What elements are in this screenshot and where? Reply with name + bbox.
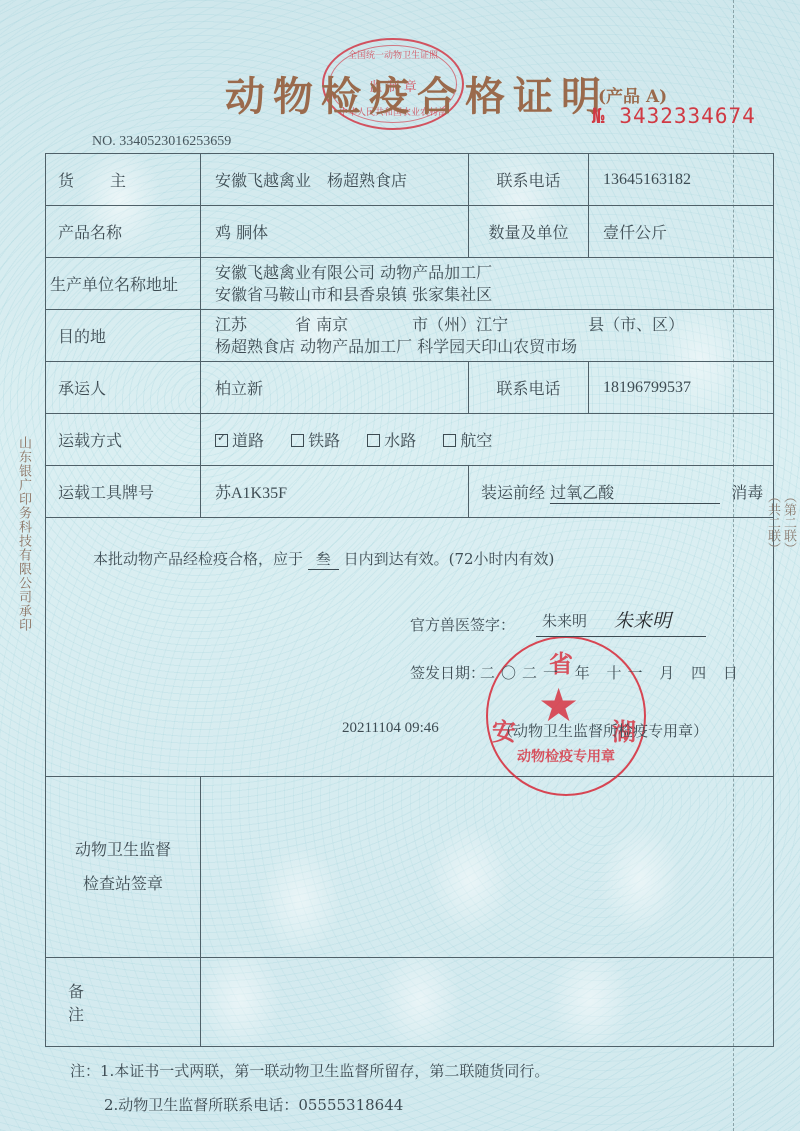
- station-signature-field: [201, 777, 774, 958]
- serial-number: № 3432334674: [592, 104, 756, 128]
- signature-line: [536, 636, 706, 637]
- footnote-2: 2.动物卫生监督所联系电话：05555318644: [70, 1088, 549, 1122]
- producer-address: 安徽省马鞍山市和县香泉镇 张家集社区: [215, 284, 773, 306]
- certificate-title: 动物检疫合格证明: [225, 65, 609, 122]
- owner-value: 安徽飞越禽业 杨超熟食店: [201, 154, 469, 206]
- issue-timestamp: 20211104 09:46: [342, 720, 439, 737]
- owner-label: 货主: [46, 154, 201, 206]
- transport-option-water[interactable]: 水路: [367, 428, 416, 451]
- footnote-1: 注：1.本证书一式两联，第一联动物卫生监督所留存，第二联随货同行。: [70, 1054, 549, 1088]
- copy-info: （第二联） （共二联）: [780, 490, 796, 577]
- checkbox-icon[interactable]: [291, 434, 304, 447]
- issue-date-label: 签发日期：: [410, 662, 485, 683]
- remarks-label: 备注: [46, 958, 201, 1047]
- product-value: 鸡 胴体: [201, 206, 469, 258]
- document-number: NO. 3340523016253659: [92, 134, 231, 150]
- seal-bottom-text: 动物检疫专用章: [488, 746, 644, 766]
- transport-option-label: 铁路: [308, 431, 340, 450]
- validity-days: 叁: [308, 548, 339, 570]
- transport-option-label: 水路: [384, 431, 416, 450]
- transport-option-rail[interactable]: 铁路: [291, 428, 340, 451]
- transport-mode-label: 运载方式: [46, 414, 201, 466]
- product-row: 产品名称 鸡 胴体 数量及单位 壹仟公斤: [46, 206, 774, 258]
- carrier-row: 承运人 柏立新 联系电话 18196799537: [46, 362, 774, 414]
- transport-option-label: 航空: [460, 431, 492, 450]
- copy-total: （共二联）: [764, 490, 780, 555]
- carrier-label: 承运人: [46, 362, 201, 414]
- transport-option-label: 道路: [232, 431, 264, 450]
- owner-phone: 13645163182: [589, 154, 774, 206]
- checkbox-icon[interactable]: [443, 434, 456, 447]
- producer-label: 生产单位名称地址: [46, 258, 201, 310]
- destination-row: 目的地 江苏 省 南京 市（州）江宁 县（市、区） 杨超熟食店 动物产品加工厂 …: [46, 310, 774, 362]
- checkbox-checked-icon[interactable]: [215, 434, 228, 447]
- disinfectant-field: 过氧乙酸: [550, 480, 720, 504]
- remarks-field: [201, 958, 774, 1047]
- carrier-value: 柏立新: [201, 362, 469, 414]
- destination-address: 杨超熟食店 动物产品加工厂 科学园天印山农贸市场: [215, 336, 773, 358]
- vehicle-label: 运载工具牌号: [46, 466, 201, 518]
- copy-number: （第二联）: [780, 490, 796, 555]
- quantity-value: 壹仟公斤: [589, 206, 774, 258]
- disinfection-prefix: 装运前经: [481, 483, 545, 502]
- footnotes: 注：1.本证书一式两联，第一联动物卫生监督所留存，第二联随货同行。 2.动物卫生…: [70, 1054, 549, 1122]
- vet-signature-label: 官方兽医签字：: [410, 614, 515, 635]
- statement-cell: 省 安 湖 ★ 动物检疫专用章 本批动物产品经检疫合格，应于 叁 日内到达有效。…: [46, 518, 774, 777]
- issue-date: 二〇二一 年 十一 月 四 日: [480, 662, 744, 683]
- carrier-phone: 18196799537: [589, 362, 774, 414]
- transport-option-air[interactable]: 航空: [443, 428, 492, 451]
- disinfection-suffix: 消毒: [731, 483, 763, 502]
- owner-phone-label: 联系电话: [469, 154, 589, 206]
- station-label-line2: 检查站签章: [46, 867, 200, 901]
- validity-statement: 本批动物产品经检疫合格，应于 叁 日内到达有效。(72小时内有效): [93, 548, 554, 570]
- serial-prefix: №: [592, 104, 606, 128]
- vet-handwritten-signature: 朱来明: [614, 606, 671, 633]
- transport-mode-row: 运载方式 道路 铁路 水路 航空: [46, 414, 774, 466]
- destination-region: 江苏 省 南京 市（州）江宁 县（市、区）: [215, 314, 773, 336]
- printer-imprint: 山东银广印务科技有限公司承印: [16, 436, 32, 632]
- serial-value: 3432334674: [619, 104, 755, 128]
- disinfectant-value: 过氧乙酸: [550, 483, 614, 502]
- producer-name: 安徽飞越禽业有限公司 动物产品加工厂: [215, 262, 773, 284]
- stamp-top-text: 全国统一动物卫生证照: [324, 48, 462, 61]
- quantity-label: 数量及单位: [469, 206, 589, 258]
- seal-note: （动物卫生监督所检疫专用章）: [498, 720, 708, 741]
- carrier-phone-label: 联系电话: [469, 362, 589, 414]
- station-row: 动物卫生监督 检查站签章: [46, 777, 774, 958]
- official-seal: 省 安 湖 ★ 动物检疫专用章: [486, 636, 646, 796]
- statement-text-after: 日内到达有效。(72小时内有效): [344, 550, 555, 568]
- statement-row: 省 安 湖 ★ 动物检疫专用章 本批动物产品经检疫合格，应于 叁 日内到达有效。…: [46, 518, 774, 777]
- transport-mode-options: 道路 铁路 水路 航空: [201, 414, 774, 466]
- certificate-form: 货主 安徽飞越禽业 杨超熟食店 联系电话 13645163182 产品名称 鸡 …: [45, 153, 774, 1047]
- vet-name: 朱来明: [542, 610, 587, 631]
- remarks-row: 备注: [46, 958, 774, 1047]
- destination-label: 目的地: [46, 310, 201, 362]
- disinfection-cell: 装运前经 过氧乙酸 消毒: [469, 466, 774, 518]
- vehicle-plate: 苏A1K35F: [201, 466, 469, 518]
- station-label: 动物卫生监督 检查站签章: [46, 777, 201, 958]
- vehicle-row: 运载工具牌号 苏A1K35F 装运前经 过氧乙酸 消毒: [46, 466, 774, 518]
- transport-option-road[interactable]: 道路: [215, 428, 264, 451]
- product-label: 产品名称: [46, 206, 201, 258]
- owner-row: 货主 安徽飞越禽业 杨超熟食店 联系电话 13645163182: [46, 154, 774, 206]
- producer-value: 安徽飞越禽业有限公司 动物产品加工厂 安徽省马鞍山市和县香泉镇 张家集社区: [201, 258, 774, 310]
- station-label-line1: 动物卫生监督: [46, 833, 200, 867]
- statement-text-before: 本批动物产品经检疫合格，应于: [93, 550, 303, 568]
- destination-value: 江苏 省 南京 市（州）江宁 县（市、区） 杨超熟食店 动物产品加工厂 科学园天…: [201, 310, 774, 362]
- producer-row: 生产单位名称地址 安徽飞越禽业有限公司 动物产品加工厂 安徽省马鞍山市和县香泉镇…: [46, 258, 774, 310]
- checkbox-icon[interactable]: [367, 434, 380, 447]
